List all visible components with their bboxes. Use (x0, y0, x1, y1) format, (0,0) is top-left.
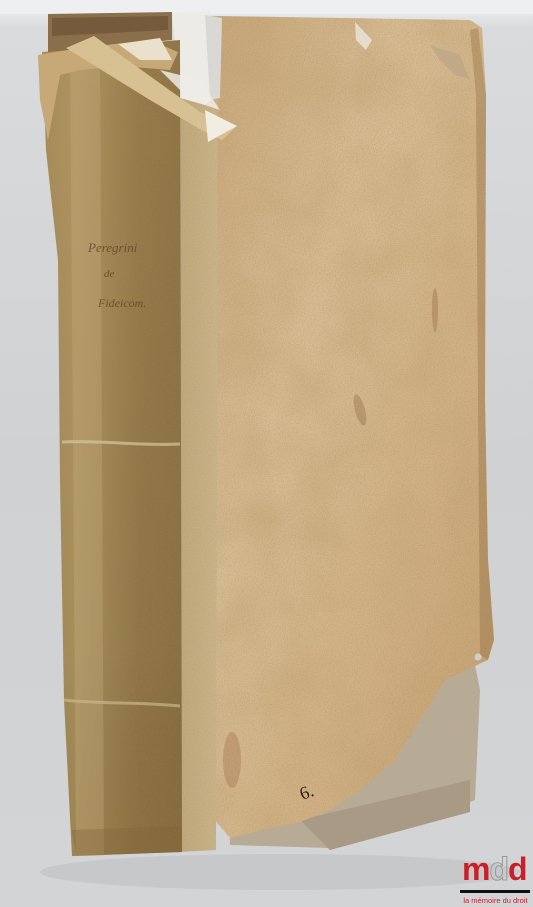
spine-title-line2: de (104, 268, 114, 280)
spine-title-line1: Peregrini (88, 240, 137, 256)
logo-mark: mdd (462, 853, 527, 885)
spine-title-line3: Fideicom. (98, 296, 146, 311)
logo-tagline: la mémoire du droit (458, 896, 533, 905)
logo-letter-d: d (508, 851, 527, 887)
logo-underline (460, 890, 530, 893)
logo-letter-m: m (462, 851, 489, 887)
mdd-logo: mdd la mémoire du droit (458, 853, 533, 907)
logo-letter-d-outline: d (489, 851, 508, 887)
book-photograph (0, 0, 533, 907)
